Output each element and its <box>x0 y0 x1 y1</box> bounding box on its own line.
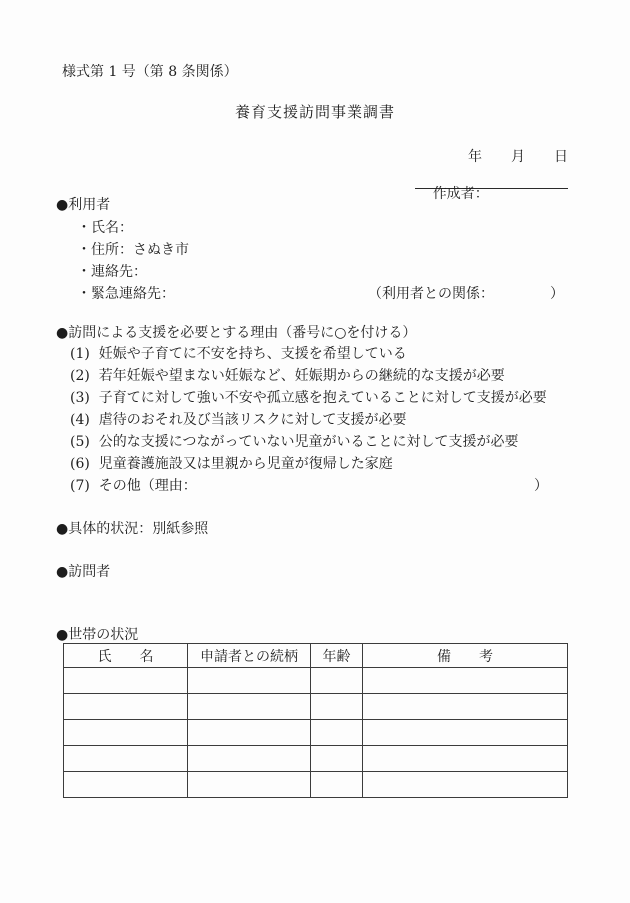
author-field: 作成者： <box>415 167 568 189</box>
table-row <box>64 668 568 694</box>
reason-item-1: (1) 妊娠や子育てに不安を持ち、支援を希望している <box>70 345 407 363</box>
household-table: 氏 名 申請者との続柄 年齢 備 考 <box>63 643 568 798</box>
user-contact-label: ・連絡先： <box>77 263 147 281</box>
table-cell-empty <box>363 694 568 720</box>
household-col-remarks: 備 考 <box>363 644 568 668</box>
document-page: 様式第 1 号（第 8 条関係） 養育支援訪問事業調書 年 月 日 作成者： ●… <box>0 0 630 903</box>
date-month-label: 月 <box>511 148 525 166</box>
table-cell-empty <box>64 746 188 772</box>
user-address-label: ・住所：さぬき市 <box>77 241 189 259</box>
situation-section-label: ●具体的状況：別紙参照 <box>56 520 208 538</box>
user-emergency-label: ・緊急連絡先： <box>77 285 175 303</box>
table-cell-empty <box>311 772 363 798</box>
table-cell-empty <box>64 720 188 746</box>
reason-item-2: (2) 若年妊娠や望まない妊娠など、妊娠期からの継続的な支援が必要 <box>70 367 505 385</box>
household-section-heading: ●世帯の状況 <box>56 626 138 644</box>
table-cell-empty <box>363 720 568 746</box>
reason-item-3: (3) 子育てに対して強い不安や孤立感を抱えていることに対して支援が必要 <box>70 389 547 407</box>
table-cell-empty <box>188 772 311 798</box>
table-cell-empty <box>64 694 188 720</box>
table-cell-empty <box>64 668 188 694</box>
household-col-name: 氏 名 <box>64 644 188 668</box>
household-col-relation: 申請者との続柄 <box>188 644 311 668</box>
table-row <box>64 746 568 772</box>
date-year-label: 年 <box>468 148 482 166</box>
table-row <box>64 720 568 746</box>
user-section-heading: ●利用者 <box>56 196 110 214</box>
table-cell-empty <box>363 746 568 772</box>
date-day-label: 日 <box>554 148 568 166</box>
table-cell-empty <box>188 694 311 720</box>
table-cell-empty <box>311 694 363 720</box>
user-relation-close-paren: ） <box>550 285 564 303</box>
reason-item-6: (6) 児童養護施設又は里親から児童が復帰した家庭 <box>70 455 393 473</box>
user-name-label: ・氏名： <box>77 219 133 237</box>
user-relation-label: （利用者との関係： <box>368 285 494 303</box>
household-table-header-row: 氏 名 申請者との続柄 年齢 備 考 <box>64 644 568 668</box>
reasons-section-heading: ●訪問による支援を必要とする理由（番号に○を付ける） <box>56 324 416 342</box>
table-cell-empty <box>188 720 311 746</box>
table-row <box>64 694 568 720</box>
table-cell-empty <box>363 772 568 798</box>
author-label: 作成者： <box>433 186 489 202</box>
reason-item-4: (4) 虐待のおそれ及び当該リスクに対して支援が必要 <box>70 411 406 429</box>
table-cell-empty <box>64 772 188 798</box>
reason-item-5: (5) 公的な支援につながっていない児童がいることに対して支援が必要 <box>70 433 518 451</box>
page-title: 養育支援訪問事業調書 <box>0 103 630 121</box>
table-row <box>64 772 568 798</box>
reason-item-7-close-paren: ） <box>534 477 548 495</box>
table-cell-empty <box>311 746 363 772</box>
table-cell-empty <box>188 746 311 772</box>
form-number: 様式第 1 号（第 8 条関係） <box>62 63 238 81</box>
table-cell-empty <box>311 668 363 694</box>
visitor-section-label: ●訪問者 <box>56 563 110 581</box>
reason-item-7: (7) その他（理由： <box>70 477 197 495</box>
table-cell-empty <box>363 668 568 694</box>
household-col-age: 年齢 <box>311 644 363 668</box>
table-cell-empty <box>188 668 311 694</box>
date-line: 年 月 日 <box>468 148 568 166</box>
table-cell-empty <box>311 720 363 746</box>
